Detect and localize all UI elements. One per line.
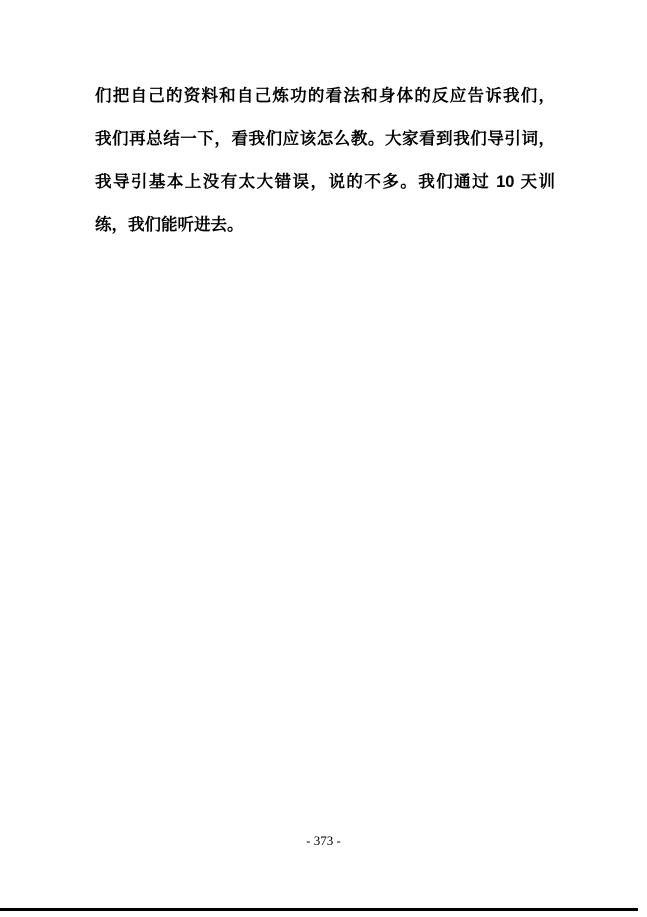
paragraph-line-3: 我导引基本上没有太大错误，说的不多。我们通过 10 天训 [95, 161, 555, 204]
paragraph-line-2: 我们再总结一下，看我们应该怎么教。大家看到我们导引词， [95, 118, 555, 161]
paragraph-line-1: 们把自己的资料和自己炼功的看法和身体的反应告诉我们， [95, 75, 555, 118]
page-number: - 373 - [0, 833, 647, 848]
paragraph-line-4: 练，我们能听进去。 [95, 204, 555, 247]
paragraph: 们把自己的资料和自己炼功的看法和身体的反应告诉我们， 我们再总结一下，看我们应该… [95, 75, 555, 247]
scan-edge-line [0, 908, 638, 911]
document-page: 们把自己的资料和自己炼功的看法和身体的反应告诉我们， 我们再总结一下，看我们应该… [0, 0, 647, 917]
